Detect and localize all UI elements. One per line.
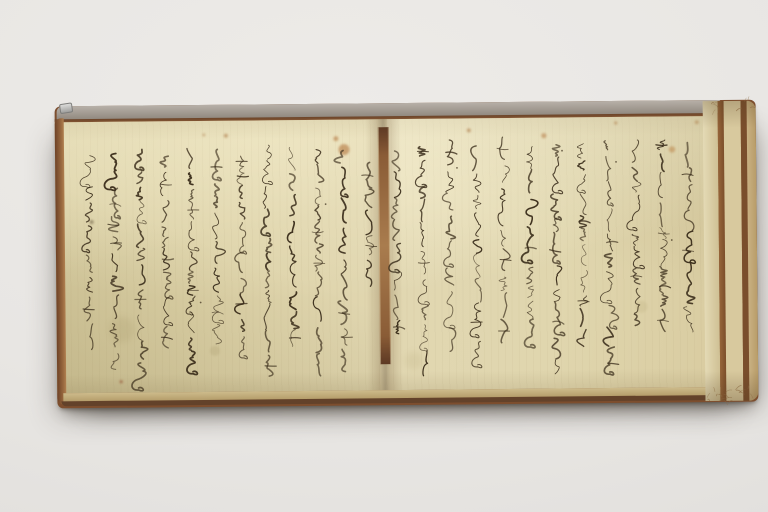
calligraphy-overlay bbox=[55, 100, 759, 409]
manuscript-photo bbox=[0, 0, 768, 512]
manuscript-book bbox=[55, 100, 759, 409]
edge-fibers bbox=[704, 97, 758, 406]
calligraphy-columns bbox=[80, 135, 697, 391]
